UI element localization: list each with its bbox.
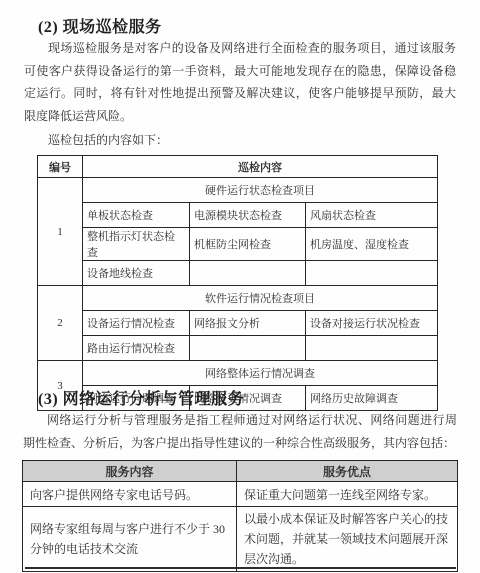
table-cell: 单板状态检查 bbox=[83, 203, 190, 228]
table-cell: 以最小成本保证及时解答客户关心的技术问题，并就某一领域技术问题展开深层次沟通。 bbox=[237, 507, 458, 572]
group-number-cell: 2 bbox=[38, 286, 83, 361]
table-cell bbox=[306, 336, 438, 361]
table-row: 设备运行情况检查 网络报文分析 设备对接运行状况检查 bbox=[38, 311, 438, 336]
table-cell: 机房温度、湿度检查 bbox=[306, 228, 438, 261]
table-row: 2 软件运行情况检查项目 bbox=[38, 286, 438, 311]
table-cell: 整机指示灯状态检查 bbox=[83, 228, 190, 261]
document-page: (2) 现场巡检服务 现场巡检服务是对客户的设备及网络进行全面检查的服务项目，通… bbox=[0, 0, 480, 573]
services-table: 服务内容 服务优点 向客户提供网络专家电话号码。 保证重大问题第一连线至网络专家… bbox=[22, 460, 458, 572]
table-cell: 设备运行情况检查 bbox=[83, 311, 190, 336]
table-cell bbox=[306, 261, 438, 286]
table-cell: 保证重大问题第一连线至网络专家。 bbox=[237, 482, 458, 507]
services-advantage-header-cell: 服务优点 bbox=[237, 461, 458, 482]
table-row: 单板状态检查 电源模块状态检查 风扇状态检查 bbox=[38, 203, 438, 228]
table1-content-header-cell: 巡检内容 bbox=[83, 156, 438, 178]
table-header-row: 服务内容 服务优点 bbox=[23, 461, 458, 482]
table-cell: 设备对接运行状况检查 bbox=[306, 311, 438, 336]
inspection-table: 编号 巡检内容 1 硬件运行状态检查项目 单板状态检查 电源模块状态检查 风扇状… bbox=[37, 155, 438, 411]
section-2-heading: (2) 现场巡检服务 bbox=[38, 14, 162, 37]
group-title-cell: 软件运行情况检查项目 bbox=[83, 286, 438, 311]
paragraph-line: 可使客户获得设备运行的第一手资料，最大可能地发现存在的隐患，保障设备稳 bbox=[24, 60, 456, 83]
table-cell: 网络报文分析 bbox=[190, 311, 306, 336]
table-cell: 网络专家组每周与客户进行不少于 30 分钟的电话技术交流 bbox=[23, 507, 237, 572]
table-cell: 路由运行情况检查 bbox=[83, 336, 190, 361]
table-cell: 设备地线检查 bbox=[83, 261, 190, 286]
table-cell: 向客户提供网络专家电话号码。 bbox=[23, 482, 237, 507]
table-cell: 电源模块状态检查 bbox=[190, 203, 306, 228]
paragraph-line: 期性检查、分析后，为客户提出指导性建议的一种综合性高级服务，其内容包括： bbox=[23, 432, 457, 455]
table-row: 路由运行情况检查 bbox=[38, 336, 438, 361]
group-title-cell: 硬件运行状态检查项目 bbox=[83, 178, 438, 203]
services-content-header-cell: 服务内容 bbox=[23, 461, 237, 482]
table-cell: 机框防尘网检查 bbox=[190, 228, 306, 261]
section-2-paragraph: 现场巡检服务是对客户的设备及网络进行全面检查的服务项目，通过该服务 可使客户获得… bbox=[24, 37, 456, 128]
table-cell bbox=[190, 261, 306, 286]
table-row: 3 网络整体运行情况调查 bbox=[38, 361, 438, 386]
table1-number-header-cell: 编号 bbox=[38, 156, 83, 178]
table-cell bbox=[190, 336, 306, 361]
paragraph-line: 定运行。同时，将有针对性地提出预警及解决建议，使客户能够提早预防，最大 bbox=[24, 82, 456, 105]
table-cell: 风扇状态检查 bbox=[306, 203, 438, 228]
group-title-cell: 网络整体运行情况调查 bbox=[83, 361, 438, 386]
table-cell: 网络历史故障调查 bbox=[306, 386, 438, 411]
lead-in-text: 巡检包括的内容如下： bbox=[24, 131, 456, 148]
paragraph-line: 网络运行分析与管理服务是指工程师通过对网络运行状况、网络问题进行周 bbox=[23, 409, 457, 432]
paragraph-line: 现场巡检服务是对客户的设备及网络进行全面检查的服务项目，通过该服务 bbox=[24, 37, 456, 60]
footer-rule bbox=[25, 567, 456, 569]
table-row: 设备地线检查 bbox=[38, 261, 438, 286]
table-row: 1 硬件运行状态检查项目 bbox=[38, 178, 438, 203]
section-3-heading: (3) 网络运行分析与管理服务 bbox=[38, 386, 244, 409]
table-header-row: 编号 巡检内容 bbox=[38, 156, 438, 178]
table-row: 网络专家组每周与客户进行不少于 30 分钟的电话技术交流 以最小成本保证及时解答… bbox=[23, 507, 458, 572]
section-3-paragraph: 网络运行分析与管理服务是指工程师通过对网络运行状况、网络问题进行周 期性检查、分… bbox=[23, 409, 457, 454]
table-row: 向客户提供网络专家电话号码。 保证重大问题第一连线至网络专家。 bbox=[23, 482, 458, 507]
table-row: 整机指示灯状态检查 机框防尘网检查 机房温度、湿度检查 bbox=[38, 228, 438, 261]
group-number-cell: 1 bbox=[38, 178, 83, 286]
paragraph-line: 限度降低运营风险。 bbox=[24, 105, 456, 128]
